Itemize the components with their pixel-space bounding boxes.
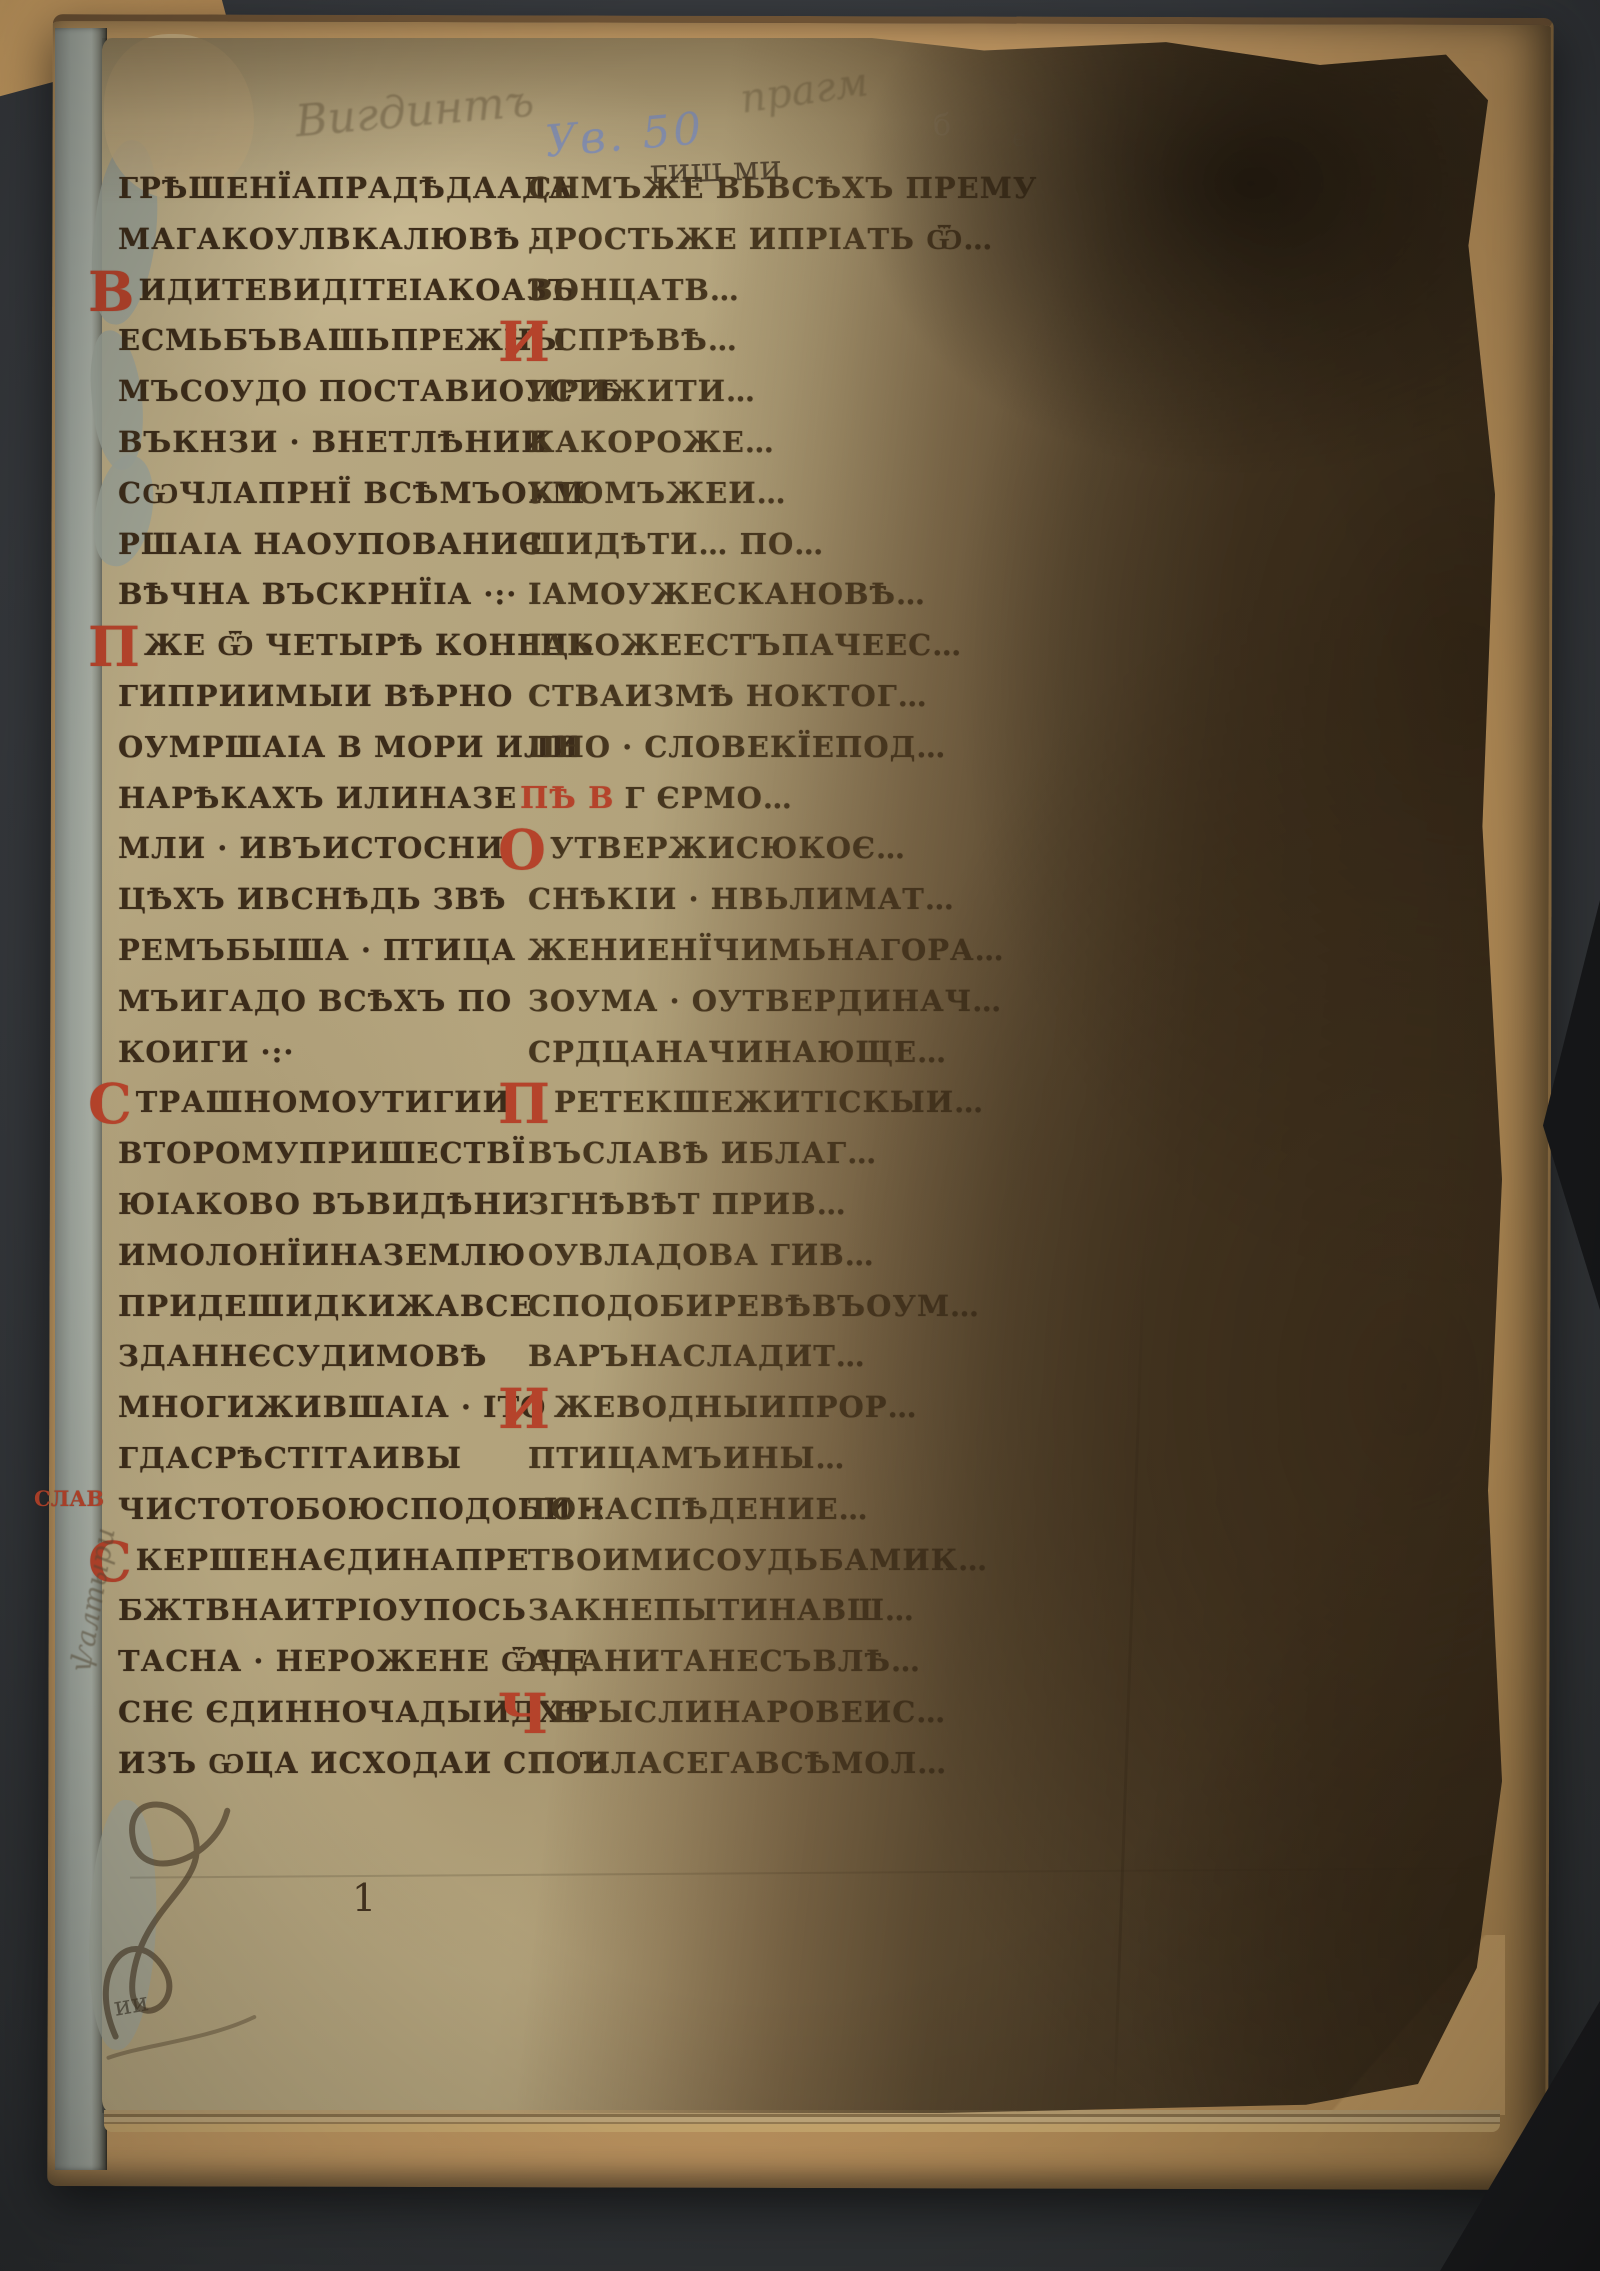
line-text: цѣхъ ивснѣдь звѣ	[118, 882, 507, 916]
line-text: сѡчлапрнї всѣмъоум	[118, 476, 585, 510]
line-text: тасна · нерожене ѿче	[118, 1644, 589, 1678]
manuscript-text-line: бжтвнаитріоупось	[118, 1585, 518, 1636]
folio-number: 1	[352, 1876, 376, 1920]
manuscript-text-line: аданитанесъвлѣ…	[528, 1636, 968, 1687]
manuscript-text-line: сподобиревѣвъоум…	[528, 1281, 968, 1332]
line-text: зданнєсудимовѣ	[118, 1339, 487, 1373]
line-text: многижившаіа · іто	[118, 1390, 546, 1424]
line-text: коиги ·:·	[118, 1035, 294, 1069]
manuscript-text-line: цѣхъ ивснѣдь звѣ	[118, 874, 518, 925]
rubric-initial: о	[498, 817, 547, 882]
manuscript-photo: грѣшенїапрадѣдаадамагакоулвкалювѣ ·видит…	[0, 0, 1600, 2271]
manuscript-text-line: въславѣ иблаг…	[528, 1128, 968, 1179]
line-text: оумршаіа в мори или	[118, 730, 579, 764]
line-text: кершенаєдинапре	[136, 1543, 530, 1577]
line-text: юіаково въвидѣни	[118, 1187, 530, 1221]
manuscript-text-line: оувладова гив…	[528, 1230, 968, 1281]
manuscript-text-line: испрѣвѣ…	[528, 315, 968, 366]
line-text: тонаспѣдение…	[528, 1492, 869, 1526]
line-text: ршаіа наоупованиє	[118, 527, 543, 561]
manuscript-text-line: прижити…	[528, 366, 968, 417]
rubric-initial: п	[88, 614, 141, 679]
line-text: мли · ивъистосни	[118, 831, 504, 865]
manuscript-text-line: придешидкижавсе	[118, 1281, 518, 1332]
manuscript-text-line: срдцаначинающе…	[528, 1027, 968, 1078]
line-text: дростьже ипріать ѿ…	[528, 222, 993, 256]
line-text: срдцаначинающе…	[528, 1035, 947, 1069]
line-text: стваизмѣ ноктог…	[528, 679, 928, 713]
rubric-initial: ч	[498, 1681, 549, 1746]
manuscript-text-line: многижившаіа · іто	[118, 1382, 518, 1433]
rubric-initial: п	[498, 1071, 551, 1136]
line-text: трашномоутигии	[136, 1085, 511, 1119]
line-text: бжтвнаитріоупось	[118, 1593, 527, 1627]
manuscript-text-line: зоума · оутвердинач…	[528, 976, 968, 1027]
manuscript-text-line: ршаіа наоупованиє	[118, 519, 518, 570]
line-text: пно · словекїепод…	[528, 730, 946, 764]
line-text: ктомъжеи…	[528, 476, 787, 510]
manuscript-text-line: мъигадо всѣхъ по	[118, 976, 518, 1027]
manuscript-text-line: варънасладит…	[528, 1331, 968, 1382]
pen-flourish	[44, 1712, 318, 2071]
manuscript-text-line: пно · словекїепод…	[528, 722, 968, 773]
manuscript-text-line: славчистотобоюсподоби ·:	[118, 1484, 518, 1535]
rubric-initial: и	[498, 309, 551, 374]
text-column-right: снмъже вьвсѣхъ премудростьже ипріать ѿ…в…	[528, 163, 968, 1789]
line-text: закнепытинавш…	[528, 1593, 915, 1627]
line-text: магакоулвкалювѣ ·	[118, 222, 543, 256]
manuscript-text-line: зданнєсудимовѣ	[118, 1331, 518, 1382]
line-text: нарѣкахъ илиназе	[118, 781, 517, 815]
line-text: же ѿ четырѣ конець	[144, 628, 594, 662]
line-text: второмупришествї	[118, 1136, 526, 1170]
line-text: имолонїиназемлю	[118, 1238, 526, 1272]
line-text: іакожеестъпачеес…	[528, 628, 962, 662]
line-text: шидѣти… по…	[528, 527, 824, 561]
manuscript-text-line: іамоужескановѣ…	[528, 569, 968, 620]
manuscript-text-line: стваизмѣ ноктог…	[528, 671, 968, 722]
manuscript-text-line: оумршаіа в мори или	[118, 722, 518, 773]
small-letter-mark: є	[1012, 124, 1025, 152]
line-text: ретекшежитіскыи…	[554, 1085, 984, 1119]
line-text: твоимисоудьбамик…	[528, 1543, 988, 1577]
line-text: поиласегавсѣмол…	[528, 1746, 947, 1780]
manuscript-text-line: въкнзи · внетлѣнии	[118, 417, 518, 468]
rubric-initial: с	[88, 1071, 133, 1136]
line-text: варънасладит…	[528, 1339, 866, 1373]
rubric-initial: и	[498, 1376, 551, 1441]
line-text: утвержисюкоє…	[550, 831, 906, 865]
manuscript-text-line: магакоулвкалювѣ ·	[118, 214, 518, 265]
line-text: зоума · оутвердинач…	[528, 984, 1002, 1018]
manuscript-text-line: шидѣти… по…	[528, 519, 968, 570]
line-text: снмъже вьвсѣхъ прему	[528, 171, 1037, 205]
manuscript-text-line: снѣкіи · нвьлимат…	[528, 874, 968, 925]
line-text: аданитанесъвлѣ…	[528, 1644, 921, 1678]
manuscript-text-line: твоимисоудьбамик…	[528, 1535, 968, 1586]
line-text: вѣчна въскрнїіа ·:·	[118, 577, 517, 611]
line-text: гиприимыи вѣрно	[118, 679, 513, 713]
manuscript-text-line: мъсоудо поставиоустѣ	[118, 366, 518, 417]
line-text: въславѣ иблаг…	[528, 1136, 877, 1170]
manuscript-text-line: сѡчлапрнї всѣмъоум	[118, 468, 518, 519]
rubric-initial: пѣ в	[520, 781, 615, 816]
line-text: какороже…	[528, 425, 775, 459]
line-text: спрѣвѣ…	[554, 323, 738, 357]
manuscript-text-line: згнѣвѣт прив…	[528, 1179, 968, 1230]
manuscript-text-line: оутвержисюкоє…	[528, 823, 968, 874]
line-text: птицамъины…	[528, 1441, 846, 1475]
line-text: ерыслинаровеис…	[552, 1695, 946, 1729]
manuscript-text-line: тасна · нерожене ѿче	[118, 1636, 518, 1687]
manuscript-text-line: грѣшенїапрадѣдаада	[118, 163, 518, 214]
manuscript-text-line: страшномоутигии	[118, 1077, 518, 1128]
manuscript-text-line: птицамъины…	[528, 1433, 968, 1484]
manuscript-text-line: какороже…	[528, 417, 968, 468]
line-text: придешидкижавсе	[118, 1289, 533, 1323]
line-text: іамоужескановѣ…	[528, 577, 926, 611]
manuscript-text-line: пѣ вг єрмо…	[528, 773, 968, 824]
manuscript-text-line: іакожеестъпачеес…	[528, 620, 968, 671]
manuscript-text-line: имолонїиназемлю	[118, 1230, 518, 1281]
line-text: мъигадо всѣхъ по	[118, 984, 512, 1018]
manuscript-text-line: второмупришествї	[118, 1128, 518, 1179]
manuscript-text-line: ктомъжеи…	[528, 468, 968, 519]
manuscript-text-line: есмьбъвашьпрежны	[118, 315, 518, 366]
manuscript-text-line: нарѣкахъ илиназе	[118, 773, 518, 824]
manuscript-text-line: мли · ивъистосни	[118, 823, 518, 874]
line-text: жеводныипрор…	[554, 1390, 918, 1424]
line-text: г єрмо…	[625, 781, 793, 815]
ink-annotation: гищ ми	[649, 148, 782, 193]
manuscript-text-line: дростьже ипріать ѿ…	[528, 214, 968, 265]
red-margin-gloss: слав	[34, 1488, 104, 1509]
manuscript-text-line: пже ѿ четырѣ конець	[118, 620, 518, 671]
manuscript-text-line: вѣчна въскрнїіа ·:·	[118, 569, 518, 620]
manuscript-text-line: гдасрѣстітаивы	[118, 1433, 518, 1484]
line-text: прижити…	[528, 374, 756, 408]
manuscript-text-line: тонаспѣдение…	[528, 1484, 968, 1535]
manuscript-text-line: поиласегавсѣмол…	[528, 1738, 968, 1789]
line-text: ремъбыша · птица	[118, 933, 516, 967]
manuscript-text-line: скершенаєдинапре	[118, 1535, 518, 1586]
line-text: идитевидітеіакоазъ	[139, 273, 577, 307]
line-text: вонцатв…	[528, 273, 740, 307]
manuscript-text-line: юіаково въвидѣни	[118, 1179, 518, 1230]
small-letter-mark: б	[933, 108, 951, 143]
line-text: снѣкіи · нвьлимат…	[528, 882, 955, 916]
manuscript-text-line: претекшежитіскыи…	[528, 1077, 968, 1128]
manuscript-text-line: ижеводныипрор…	[528, 1382, 968, 1433]
manuscript-text-line: закнепытинавш…	[528, 1585, 968, 1636]
line-text: грѣшенїапрадѣдаада	[118, 171, 573, 205]
line-text: сподобиревѣвъоум…	[528, 1289, 980, 1323]
manuscript-text-line: черыслинаровеис…	[528, 1687, 968, 1738]
line-text: гдасрѣстітаивы	[118, 1441, 462, 1475]
manuscript-text-line: жениенїчимьнагора…	[528, 925, 968, 976]
manuscript-text-line: гиприимыи вѣрно	[118, 671, 518, 722]
manuscript-text-line: ремъбыша · птица	[118, 925, 518, 976]
line-text: згнѣвѣт прив…	[528, 1187, 847, 1221]
manuscript-text-line: коиги ·:·	[118, 1027, 518, 1078]
line-text: оувладова гив…	[528, 1238, 875, 1272]
line-text: въкнзи · внетлѣнии	[118, 425, 550, 459]
rubric-initial: в	[88, 259, 136, 324]
manuscript-text-line: видитевидітеіакоазъ	[118, 265, 518, 316]
text-column-left: грѣшенїапрадѣдаадамагакоулвкалювѣ ·видит…	[118, 163, 518, 1789]
line-text: жениенїчимьнагора…	[528, 933, 1005, 967]
manuscript-text-line: вонцатв…	[528, 265, 968, 316]
